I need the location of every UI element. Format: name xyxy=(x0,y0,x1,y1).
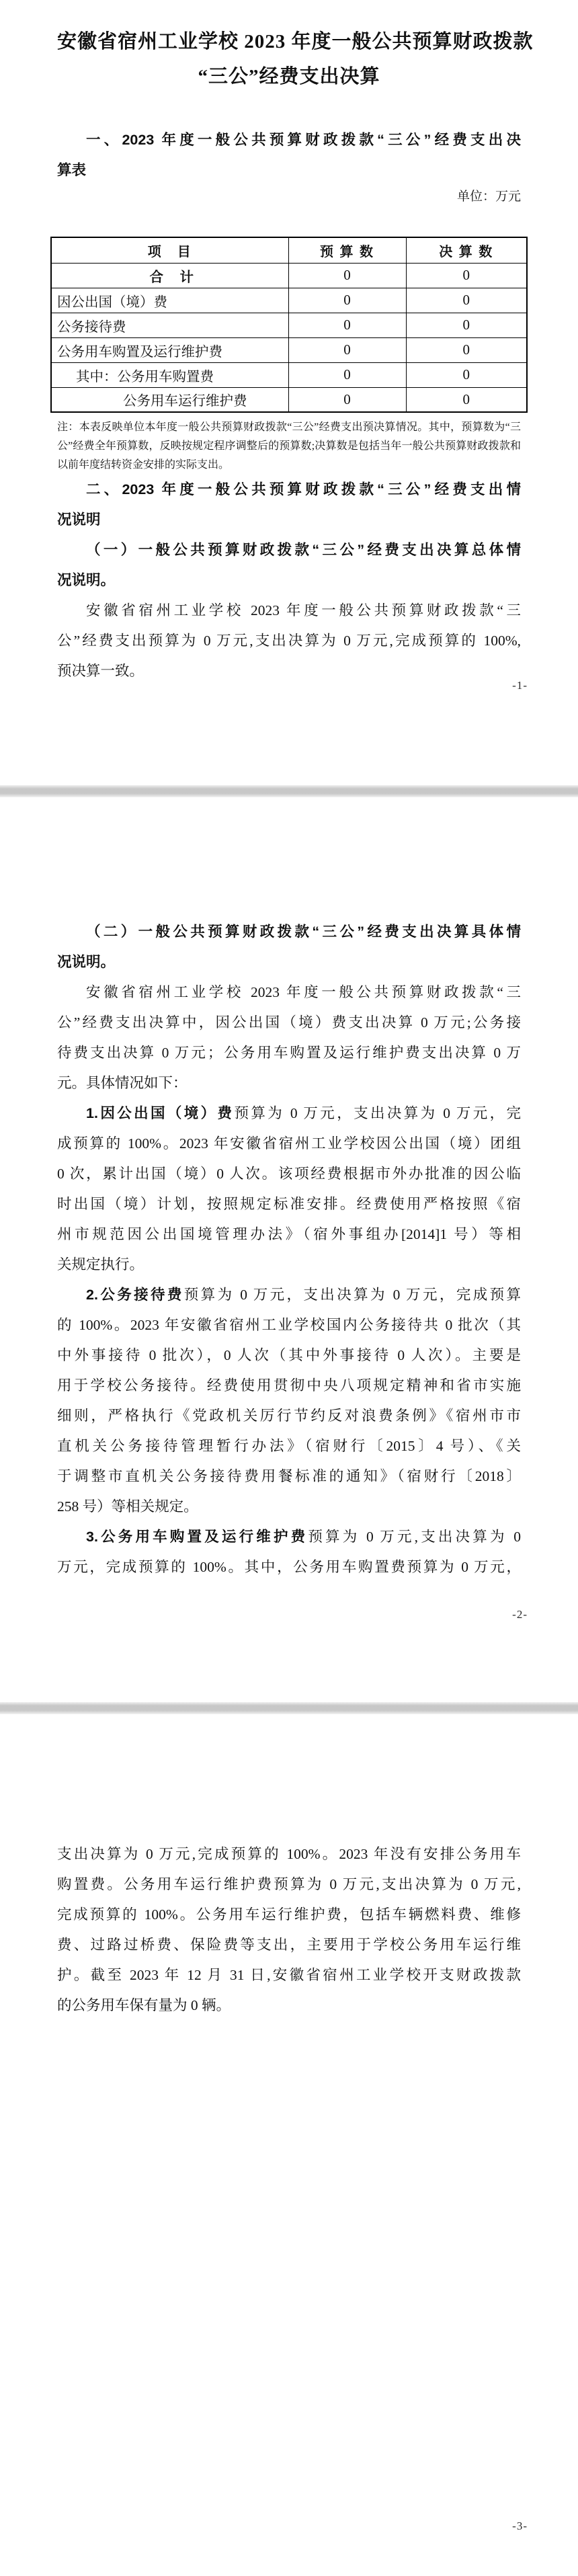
text-run: 0 次，累计出国（境）0 人次。该项经费根据市外办批准的因公临 xyxy=(57,1166,521,1182)
text-line: 成预算的 100%。2023 年安徽省宿州工业学校因公出国（境）团组 xyxy=(57,1129,521,1159)
text-run: 预算为 0 万元，支出决算为 0 万元，完 xyxy=(234,1105,521,1121)
text-run: 安徽省宿州工业学校 2023 年度一般公共预算财政拨款“三 xyxy=(86,984,521,1000)
text-line: 二、2023 年度一般公共预算财政拨款“三公”经费支出情 xyxy=(57,475,521,505)
bold-text-run: 况说明。 xyxy=(57,572,115,588)
cell-budget: 0 xyxy=(288,337,406,362)
detail-overview-paragraph: 安徽省宿州工业学校 2023 年度一般公共预算财政拨款“三公”经费支出决算中，因… xyxy=(57,977,521,1098)
text-line: 公”经费全年预算数，反映按规定程序调整后的预算数;决算数是包括当年一般公共预算财… xyxy=(57,437,521,456)
table-body: 合 计00因公出国（境）费00公务接待费00公务用车购置及运行维护费00其中：公… xyxy=(51,263,527,412)
cell-budget: 0 xyxy=(288,362,406,387)
page-number-2: -2- xyxy=(512,1608,528,1621)
table-row: 公务用车运行维护费00 xyxy=(51,387,527,412)
section-2-heading: 二、2023 年度一般公共预算财政拨款“三公”经费支出情况说明 xyxy=(57,475,521,535)
document-title: 安徽省宿州工业学校 2023 年度一般公共预算财政拨款 “三公”经费支出决算 xyxy=(57,24,521,94)
text-line: 元。具体情况如下： xyxy=(57,1068,521,1098)
text-run: 关规定执行。 xyxy=(57,1256,144,1273)
bold-text-run: 一、2023 年度一般公共预算财政拨款“三公”经费支出决 xyxy=(86,132,521,148)
item1-paragraph: 1.因公出国（境）费预算为 0 万元，支出决算为 0 万元，完成预算的 100%… xyxy=(57,1098,521,1280)
text-line: 258 号）等相关规定。 xyxy=(57,1492,521,1522)
bold-text-run: （一）一般公共预算财政拨款“三公”经费支出决算总体情 xyxy=(86,542,521,558)
page-1: 安徽省宿州工业学校 2023 年度一般公共预算财政拨款 “三公”经费支出决算 一… xyxy=(0,0,578,785)
item3-paragraph: 3.公务用车购置及运行维护费预算为 0 万元,支出决算为 0万元，完成预算的 1… xyxy=(57,1522,521,1582)
bold-text-run: 3.公务用车购置及运行维护费 xyxy=(86,1529,308,1545)
title-line-1: 安徽省宿州工业学校 2023 年度一般公共预算财政拨款 xyxy=(57,24,521,59)
text-run: 细则，严格执行《党政机关厉行节约反对浪费条例》《宿州市市 xyxy=(57,1408,521,1424)
text-run: 预决算一致。 xyxy=(57,663,144,679)
cell-final: 0 xyxy=(406,288,527,313)
table-row: 公务接待费00 xyxy=(51,313,527,337)
text-line: （二）一般公共预算财政拨款“三公”经费支出决算具体情 xyxy=(57,917,521,947)
section-1-heading: 一、2023 年度一般公共预算财政拨款“三公”经费支出决算表 xyxy=(57,125,521,186)
text-run: 成预算的 100%。2023 年安徽省宿州工业学校因公出国（境）团组 xyxy=(57,1135,521,1152)
table-row: 合 计00 xyxy=(51,263,527,288)
text-run: 购置费。公务用车运行维护费预算为 0 万元,支出决算为 0 万元, xyxy=(57,1876,521,1892)
table-header-row: 项 目 预 算 数 决 算 数 xyxy=(51,237,527,263)
page-2: （二）一般公共预算财政拨款“三公”经费支出决算具体情况说明。 安徽省宿州工业学校… xyxy=(0,797,578,1702)
text-line: 中外事接待 0 批次），0 人次（其中外事接待 0 人次）。主要是 xyxy=(57,1340,521,1371)
bold-text-run: 2.公务接待费 xyxy=(86,1287,184,1303)
cell-budget: 0 xyxy=(288,288,406,313)
text-run: 注：本表反映单位本年度一般公共预算财政拨款“三公”经费支出预决算情况。其中，预算… xyxy=(57,421,521,433)
text-line: 细则，严格执行《党政机关厉行节约反对浪费条例》《宿州市市 xyxy=(57,1401,521,1431)
text-line: 支出决算为 0 万元,完成预算的 100%。2023 年没有安排公务用车 xyxy=(57,1839,521,1869)
cell-item: 公务用车运行维护费 xyxy=(51,387,288,412)
text-line: 用于学校公务接待。经费使用贯彻中央八项规定精神和省市实施 xyxy=(57,1371,521,1401)
text-run: 待费支出决算 0 万元；公务用车购置及运行维护费支出决算 0 万 xyxy=(57,1045,521,1061)
bold-text-run: 算表 xyxy=(57,162,86,178)
bold-text-run: 况说明。 xyxy=(57,954,115,970)
text-run: 费、过路过桥费、保险费等支出，主要用于学校公务用车运行维 xyxy=(57,1937,521,1953)
bold-text-run: （二）一般公共预算财政拨款“三公”经费支出决算具体情 xyxy=(86,924,521,940)
text-line: 的公务用车保有量为 0 辆。 xyxy=(57,1990,521,2021)
text-line: 注：本表反映单位本年度一般公共预算财政拨款“三公”经费支出预决算情况。其中，预算… xyxy=(57,418,521,437)
text-run: 支出决算为 0 万元,完成预算的 100%。2023 年没有安排公务用车 xyxy=(57,1846,521,1862)
text-run: 护。截至 2023 年 12 月 31 日,安徽省宿州工业学校开支财政拨款 xyxy=(57,1967,521,1983)
text-line: 一、2023 年度一般公共预算财政拨款“三公”经费支出决 xyxy=(57,125,521,155)
text-run: 时出国（境）计划，按照规定标准安排。经费使用严格按照《宿 xyxy=(57,1196,521,1212)
text-line: 公”经费支出预算为 0 万元,支出决算为 0 万元,完成预算的 100%, xyxy=(57,626,521,656)
col-header-final: 决 算 数 xyxy=(406,237,527,263)
cell-item: 公务接待费 xyxy=(51,313,288,337)
text-line: 算表 xyxy=(57,155,521,186)
page-gap xyxy=(0,1702,578,1714)
page-3: 支出决算为 0 万元,完成预算的 100%。2023 年没有安排公务用车购置费。… xyxy=(0,1714,578,2576)
text-line: 州市规范因公出国境管理办法》（宿外事组办[2014]1 号）等相 xyxy=(57,1219,521,1250)
text-run: 公”经费全年预算数，反映按规定程序调整后的预算数;决算数是包括当年一般公共预算财… xyxy=(57,440,521,452)
text-line: 万元，完成预算的 100%。其中，公务用车购置费预算为 0 万元， xyxy=(57,1552,521,1582)
text-line: 于调整市直机关公务接待费用餐标准的通知》（宿财行〔2018〕 xyxy=(57,1461,521,1492)
text-run: 的 100%。2023 年安徽省宿州工业学校国内公务接待共 0 批次（其 xyxy=(57,1317,521,1333)
cell-final: 0 xyxy=(406,362,527,387)
text-run: 元。具体情况如下： xyxy=(57,1075,188,1091)
text-line: 以前年度结转资金安排的实际支出。 xyxy=(57,456,521,475)
table-row: 公务用车购置及运行维护费00 xyxy=(51,337,527,362)
text-run: 万元，完成预算的 100%。其中，公务用车购置费预算为 0 万元， xyxy=(57,1559,521,1575)
bold-text-run: 1.因公出国（境）费 xyxy=(86,1105,234,1121)
text-line: 待费支出决算 0 万元；公务用车购置及运行维护费支出决算 0 万 xyxy=(57,1038,521,1068)
cell-item: 其中：公务用车购置费 xyxy=(51,362,288,387)
text-line: 1.因公出国（境）费预算为 0 万元，支出决算为 0 万元，完 xyxy=(57,1098,521,1129)
text-line: 况说明。 xyxy=(57,565,521,596)
text-run: 于调整市直机关公务接待费用餐标准的通知》（宿财行〔2018〕 xyxy=(57,1468,521,1484)
text-line: 安徽省宿州工业学校 2023 年度一般公共预算财政拨款“三 xyxy=(57,977,521,1008)
budget-table: 项 目 预 算 数 决 算 数 合 计00因公出国（境）费00公务接待费00公务… xyxy=(50,237,528,413)
text-line: 完成预算的 100%。公务用车运行维护费，包括车辆燃料费、维修 xyxy=(57,1900,521,1930)
text-line: 时出国（境）计划，按照规定标准安排。经费使用严格按照《宿 xyxy=(57,1189,521,1219)
cell-budget: 0 xyxy=(288,313,406,337)
table-note: 注：本表反映单位本年度一般公共预算财政拨款“三公”经费支出预决算情况。其中，预算… xyxy=(57,418,521,475)
text-run: 完成预算的 100%。公务用车运行维护费，包括车辆燃料费、维修 xyxy=(57,1906,521,1923)
page-gap xyxy=(0,785,578,797)
text-run: 预算为 0 万元，支出决算为 0 万元，完成预算 xyxy=(184,1287,521,1303)
text-run: 安徽省宿州工业学校 2023 年度一般公共预算财政拨款“三 xyxy=(86,602,521,618)
text-line: 关规定执行。 xyxy=(57,1250,521,1280)
overview-paragraph: 安徽省宿州工业学校 2023 年度一般公共预算财政拨款“三公”经费支出预算为 0… xyxy=(57,596,521,686)
text-line: 公”经费支出决算中，因公出国（境）费支出决算 0 万元;公务接 xyxy=(57,1008,521,1038)
cell-item: 公务用车购置及运行维护费 xyxy=(51,337,288,362)
text-line: 购置费。公务用车运行维护费预算为 0 万元,支出决算为 0 万元, xyxy=(57,1869,521,1900)
text-run: 州市规范因公出国境管理办法》（宿外事组办[2014]1 号）等相 xyxy=(57,1226,521,1242)
unit-label: 单位：万元 xyxy=(57,186,521,208)
text-run: 直机关公务接待管理暂行办法》（宿财行〔2015〕4 号）、《关 xyxy=(57,1438,521,1454)
cell-final: 0 xyxy=(406,313,527,337)
text-run: 用于学校公务接待。经费使用贯彻中央八项规定精神和省市实施 xyxy=(57,1377,521,1394)
text-run: 预算为 0 万元,支出决算为 0 xyxy=(308,1529,521,1545)
cell-final: 0 xyxy=(406,337,527,362)
table-row: 其中：公务用车购置费00 xyxy=(51,362,527,387)
document-viewer: 安徽省宿州工业学校 2023 年度一般公共预算财政拨款 “三公”经费支出决算 一… xyxy=(0,0,578,2576)
text-run: 以前年度结转资金安排的实际支出。 xyxy=(57,459,229,471)
text-run: 公”经费支出决算中，因公出国（境）费支出决算 0 万元;公务接 xyxy=(57,1014,521,1031)
text-line: 费、过路过桥费、保险费等支出，主要用于学校公务用车运行维 xyxy=(57,1930,521,1960)
page-number-1: -1- xyxy=(512,679,528,692)
col-header-item: 项 目 xyxy=(51,237,288,263)
cell-item: 因公出国（境）费 xyxy=(51,288,288,313)
cell-budget: 0 xyxy=(288,387,406,412)
text-line: 安徽省宿州工业学校 2023 年度一般公共预算财政拨款“三 xyxy=(57,596,521,626)
cell-item: 合 计 xyxy=(51,263,288,288)
text-line: 3.公务用车购置及运行维护费预算为 0 万元,支出决算为 0 xyxy=(57,1522,521,1552)
page-number-3: -3- xyxy=(512,2520,528,2533)
text-line: 况说明 xyxy=(57,505,521,535)
sub-heading-2: （二）一般公共预算财政拨款“三公”经费支出决算具体情况说明。 xyxy=(57,917,521,977)
text-line: （一）一般公共预算财政拨款“三公”经费支出决算总体情 xyxy=(57,535,521,565)
text-run: 的公务用车保有量为 0 辆。 xyxy=(57,1997,231,2013)
text-line: 的 100%。2023 年安徽省宿州工业学校国内公务接待共 0 批次（其 xyxy=(57,1310,521,1340)
cell-budget: 0 xyxy=(288,263,406,288)
bold-text-run: 况说明 xyxy=(57,512,101,528)
text-run: 258 号）等相关规定。 xyxy=(57,1498,198,1515)
col-header-budget: 预 算 数 xyxy=(288,237,406,263)
text-line: 预决算一致。 xyxy=(57,656,521,686)
text-line: 护。截至 2023 年 12 月 31 日,安徽省宿州工业学校开支财政拨款 xyxy=(57,1960,521,1990)
cell-final: 0 xyxy=(406,387,527,412)
text-run: 中外事接待 0 批次），0 人次（其中外事接待 0 人次）。主要是 xyxy=(57,1347,521,1363)
sub-heading-1: （一）一般公共预算财政拨款“三公”经费支出决算总体情况说明。 xyxy=(57,535,521,596)
text-line: 2.公务接待费预算为 0 万元，支出决算为 0 万元，完成预算 xyxy=(57,1280,521,1310)
continuation-paragraph: 支出决算为 0 万元,完成预算的 100%。2023 年没有安排公务用车购置费。… xyxy=(57,1839,521,2021)
cell-final: 0 xyxy=(406,263,527,288)
text-line: 况说明。 xyxy=(57,947,521,977)
bold-text-run: 二、2023 年度一般公共预算财政拨款“三公”经费支出情 xyxy=(86,481,521,497)
title-line-2: “三公”经费支出决算 xyxy=(57,59,521,94)
text-run: 公”经费支出预算为 0 万元,支出决算为 0 万元,完成预算的 100%, xyxy=(57,633,521,649)
item2-paragraph: 2.公务接待费预算为 0 万元，支出决算为 0 万元，完成预算的 100%。20… xyxy=(57,1280,521,1522)
table-row: 因公出国（境）费00 xyxy=(51,288,527,313)
text-line: 0 次，累计出国（境）0 人次。该项经费根据市外办批准的因公临 xyxy=(57,1159,521,1189)
text-line: 直机关公务接待管理暂行办法》（宿财行〔2015〕4 号）、《关 xyxy=(57,1431,521,1461)
